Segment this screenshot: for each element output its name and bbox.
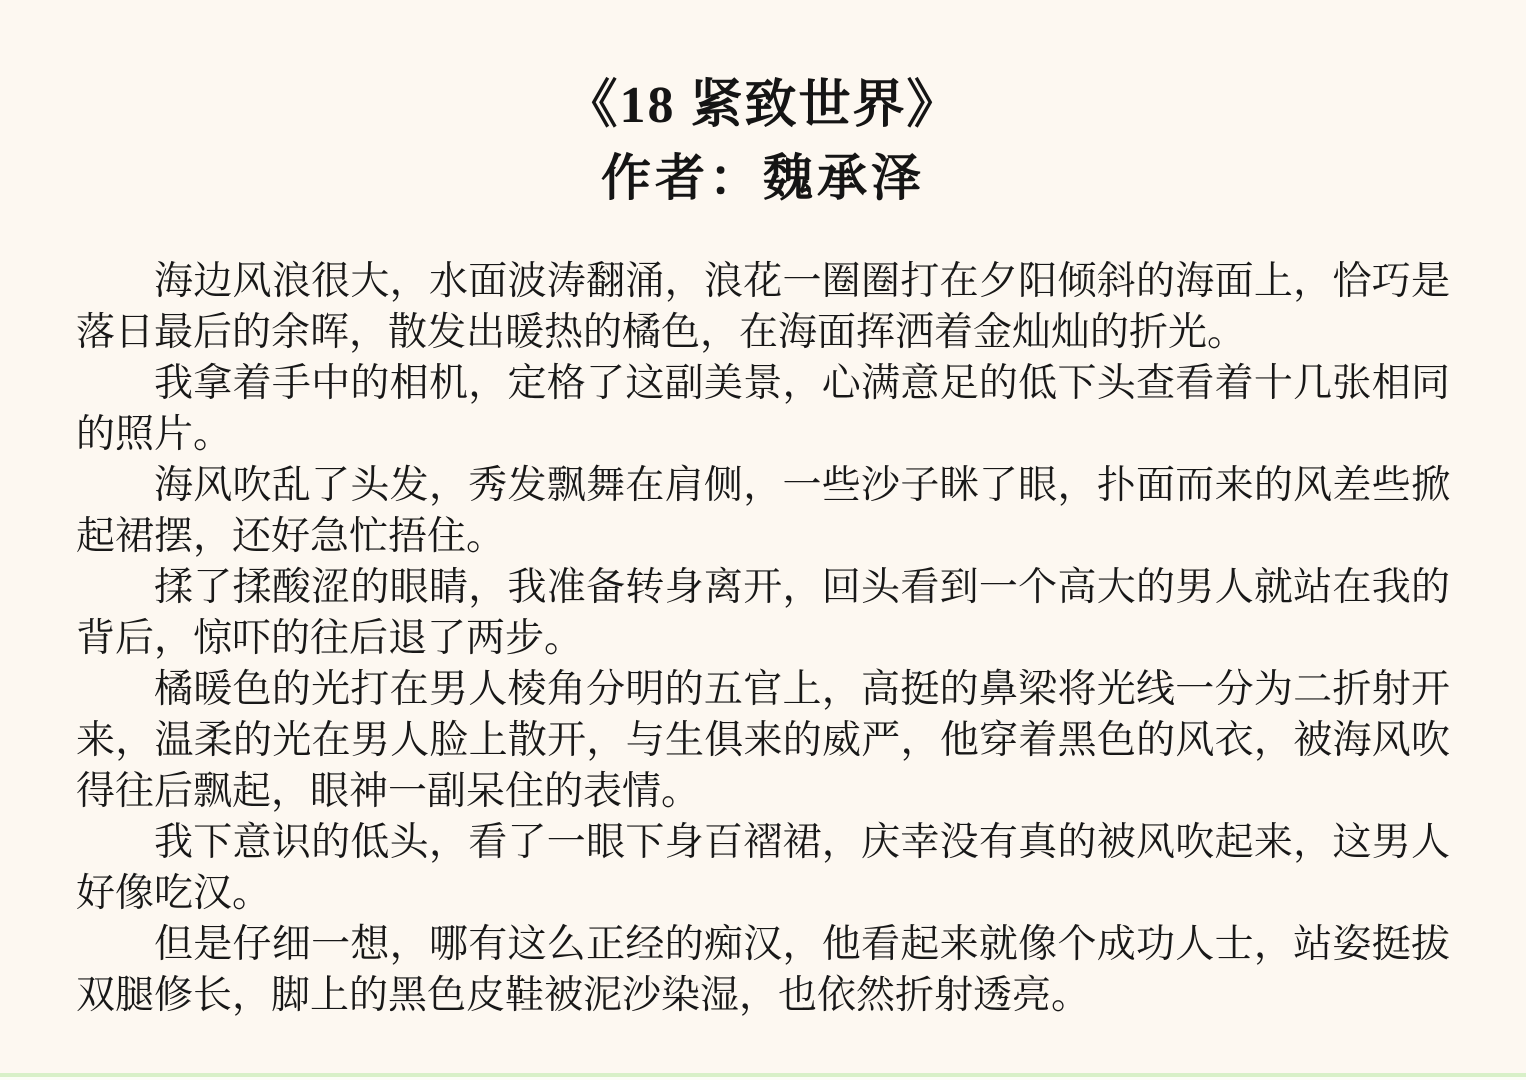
story-paragraph: 我下意识的低头，看了一眼下身百褶裙，庆幸没有真的被风吹起来，这男人好像吃汉。 xyxy=(76,817,1450,919)
story-paragraph: 橘暖色的光打在男人棱角分明的五官上，高挺的鼻梁将光线一分为二折射开来，温柔的光在… xyxy=(76,664,1450,817)
book-title: 《18 紧致世界》 xyxy=(0,70,1526,142)
story-paragraph: 揉了揉酸涩的眼睛，我准备转身离开，回头看到一个高大的男人就站在我的背后，惊吓的往… xyxy=(76,562,1450,664)
author-line: 作者：魏承泽 xyxy=(0,142,1526,214)
story-paragraph: 海风吹乱了头发，秀发飘舞在肩侧，一些沙子眯了眼，扑面而来的风差些掀起裙摆，还好急… xyxy=(76,460,1450,562)
bottom-edge-strip xyxy=(0,1073,1526,1080)
story-paragraph: 我拿着手中的相机，定格了这副美景，心满意足的低下头查看着十几张相同的照片。 xyxy=(76,358,1450,460)
story-body: 海边风浪很大，水面波涛翻涌，浪花一圈圈打在夕阳倾斜的海面上，恰巧是落日最后的余晖… xyxy=(76,256,1450,1021)
story-paragraph: 海边风浪很大，水面波涛翻涌，浪花一圈圈打在夕阳倾斜的海面上，恰巧是落日最后的余晖… xyxy=(76,256,1450,358)
ebook-page: 《18 紧致世界》 作者：魏承泽 海边风浪很大，水面波涛翻涌，浪花一圈圈打在夕阳… xyxy=(0,0,1526,1080)
title-block: 《18 紧致世界》 作者：魏承泽 xyxy=(0,70,1526,214)
story-paragraph: 但是仔细一想，哪有这么正经的痴汉，他看起来就像个成功人士，站姿挺拔双腿修长，脚上… xyxy=(76,919,1450,1021)
